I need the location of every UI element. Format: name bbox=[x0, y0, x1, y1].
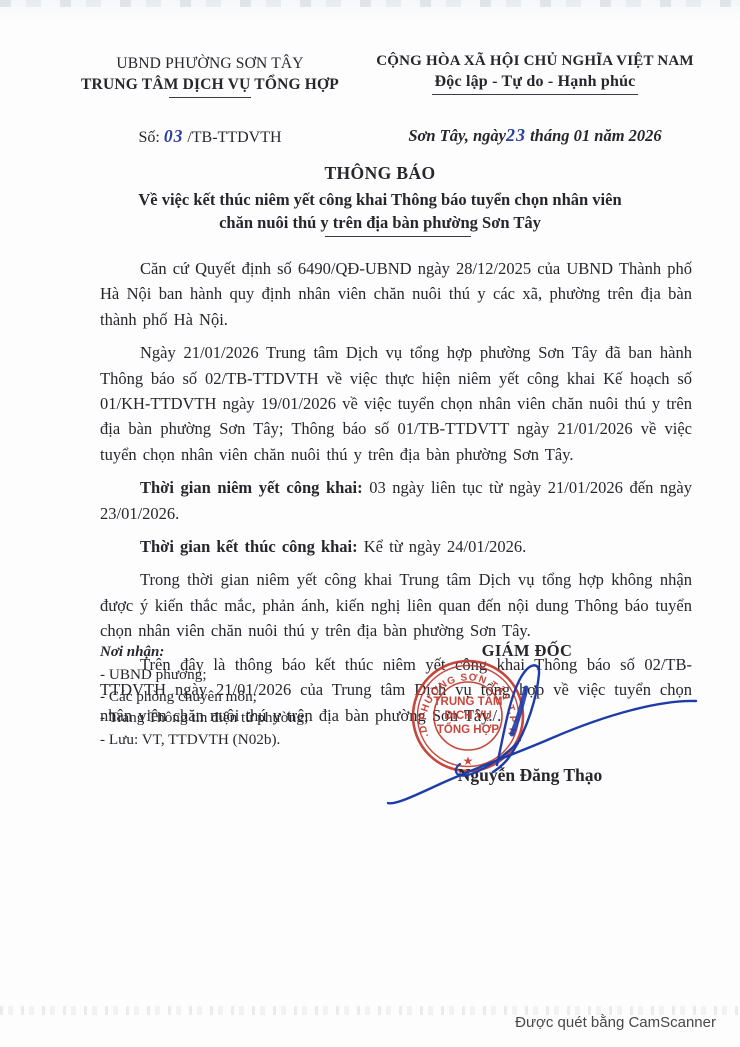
recipients-list: - UBND phường;- Các phòng chuyên môn;- T… bbox=[100, 664, 308, 750]
recipients-label: Nơi nhận: bbox=[100, 644, 308, 661]
scan-artifact-top bbox=[0, 0, 740, 7]
document-number: Số: 03 /TB-TTDVTH bbox=[60, 126, 360, 147]
recipients-block: Nơi nhận: - UBND phường;- Các phòng chuy… bbox=[100, 644, 308, 750]
issuer-header: UBND PHƯỜNG SƠN TÂY TRUNG TÂM DỊCH VỤ TỔ… bbox=[60, 55, 360, 98]
recipient-item: - Các phòng chuyên môn; bbox=[100, 686, 308, 708]
camscanner-watermark: Được quét bằng CamScanner bbox=[515, 1014, 716, 1031]
issuer-org-name: TRUNG TÂM DỊCH VỤ TỔNG HỢP bbox=[60, 76, 360, 94]
issuer-underline bbox=[169, 97, 251, 98]
date-line: Sơn Tây, ngày23 tháng 01 năm 2026 bbox=[355, 125, 715, 146]
body-paragraph: Căn cứ Quyết định số 6490/QĐ-UBND ngày 2… bbox=[100, 256, 692, 332]
national-motto: Độc lập - Tự do - Hạnh phúc bbox=[355, 73, 715, 91]
scanned-document-page: UBND PHƯỜNG SƠN TÂY TRUNG TÂM DỊCH VỤ TỔ… bbox=[0, 0, 740, 1047]
issuer-parent-org: UBND PHƯỜNG SƠN TÂY bbox=[60, 55, 360, 73]
recipient-item: - Lưu: VT, TTDVTH (N02b). bbox=[100, 729, 308, 751]
body-paragraph: Thời gian niêm yết công khai: 03 ngày li… bbox=[100, 475, 692, 526]
national-header: CỘNG HÒA XÃ HỘI CHỦ NGHĨA VIỆT NAM Độc l… bbox=[355, 53, 715, 95]
number-handwritten: 03 bbox=[164, 126, 184, 146]
document-title: THÔNG BÁO bbox=[20, 163, 740, 184]
handwritten-signature bbox=[380, 648, 710, 813]
date-prefix: Sơn Tây, ngày bbox=[408, 126, 506, 145]
recipient-item: - Trang Thông tin điện tử phường; bbox=[100, 707, 308, 729]
paragraph-lead: Thời gian niêm yết công khai: bbox=[140, 478, 363, 497]
national-title: CỘNG HÒA XÃ HỘI CHỦ NGHĨA VIỆT NAM bbox=[355, 53, 715, 70]
paragraph-lead: Thời gian kết thúc công khai: bbox=[140, 537, 358, 556]
title-block: THÔNG BÁO Về việc kết thúc niêm yết công… bbox=[20, 163, 740, 237]
motto-underline bbox=[432, 94, 638, 95]
number-suffix: /TB-TTDVTH bbox=[183, 129, 281, 146]
body-paragraph: Ngày 21/01/2026 Trung tâm Dịch vụ tổng h… bbox=[100, 340, 692, 467]
document-subtitle-line1: Về việc kết thúc niêm yết công khai Thôn… bbox=[20, 188, 740, 211]
date-suffix: tháng 01 năm 2026 bbox=[526, 126, 662, 145]
date-handwritten: 23 bbox=[506, 125, 526, 145]
number-label: Số: bbox=[138, 129, 163, 146]
subtitle-underline bbox=[325, 236, 471, 237]
document-subtitle-line2: chăn nuôi thú y trên địa bàn phường Sơn … bbox=[20, 211, 740, 234]
body-paragraph: Thời gian kết thúc công khai: Kể từ ngày… bbox=[100, 534, 692, 559]
body-paragraph: Trong thời gian niêm yết công khai Trung… bbox=[100, 567, 692, 643]
recipient-item: - UBND phường; bbox=[100, 664, 308, 686]
